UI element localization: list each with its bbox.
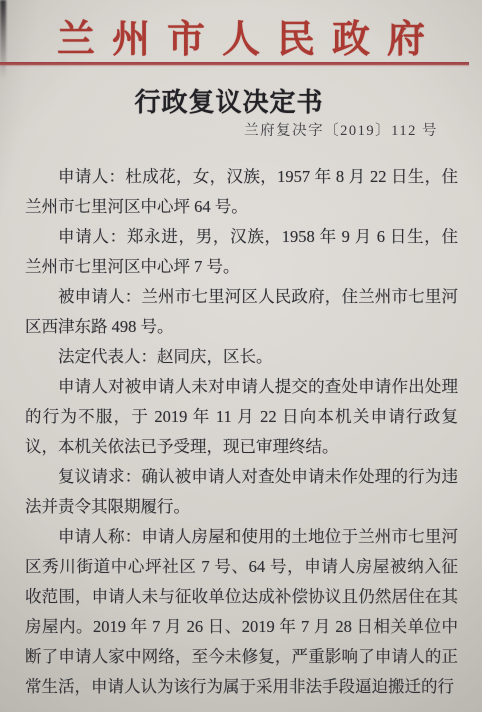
paragraph-applicant-2: 申请人：郑永进，男，汉族，1958 年 9 月 6 日生，住兰州市七里河区中心坪… [25,222,458,282]
paragraph-respondent: 被申请人：兰州市七里河区人民政府，住兰州市七里河区西津东路 498 号。 [25,282,458,342]
letterhead: 兰州市人民政府 [0,8,482,63]
document-photo: 兰州市人民政府 行政复议决定书 兰府复决字〔2019〕112 号 申请人：杜成花… [0,0,482,712]
document-title: 行政复议决定书 [0,82,470,119]
paragraph-applicant-statement: 申请人称：申请人房屋和使用的土地位于兰州市七里河区秀川街道中心坪社区 7 号、6… [25,522,458,702]
paragraph-applicant-1: 申请人：杜成花，女，汉族，1957 年 8 月 22 日生，住兰州市七里河区中心… [25,162,458,222]
paragraph-reconsideration-request: 复议请求：确认被申请人对查处申请未作处理的行为违法并责令其限期履行。 [25,462,458,522]
paragraph-case-acceptance: 申请人对被申请人未对申请人提交的查处申请作出处理的行为不服，于 2019 年 1… [25,372,458,462]
document-number: 兰府复决字〔2019〕112 号 [0,119,438,140]
letterhead-rule [0,62,469,65]
document-page: 兰州市人民政府 行政复议决定书 兰府复决字〔2019〕112 号 申请人：杜成花… [0,0,482,712]
paragraph-legal-representative: 法定代表人：赵同庆，区长。 [25,342,458,372]
document-body: 申请人：杜成花，女，汉族，1957 年 8 月 22 日生，住兰州市七里河区中心… [25,162,458,712]
